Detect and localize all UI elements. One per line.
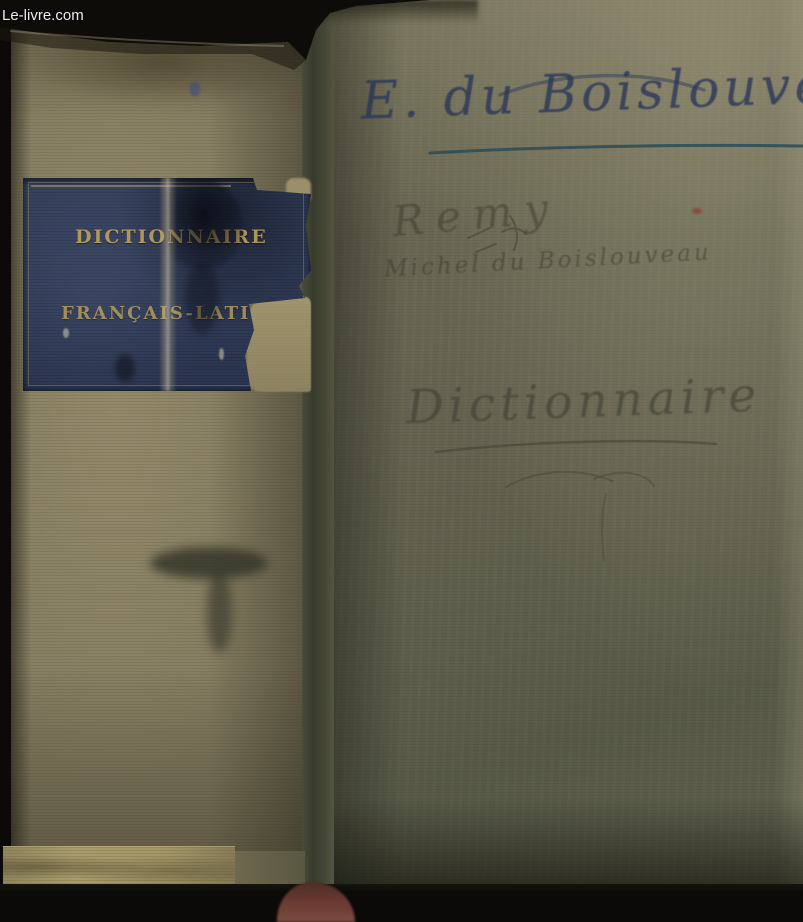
book-spine bbox=[11, 0, 302, 852]
site-watermark: Le-livre.com bbox=[2, 7, 84, 24]
label-crack bbox=[159, 178, 177, 391]
label-scuff bbox=[63, 328, 69, 338]
spine-stain-bar bbox=[150, 547, 268, 579]
label-dark-spot bbox=[115, 354, 135, 382]
red-mark bbox=[692, 208, 702, 214]
owner-signature: E. du Boislouveau bbox=[360, 40, 803, 160]
spine-blue-mark bbox=[190, 82, 200, 96]
spine-stain-stem bbox=[207, 572, 232, 652]
label-scuff bbox=[219, 348, 224, 360]
label-dark-drip bbox=[185, 262, 219, 334]
spine-bottom-wrap bbox=[235, 851, 305, 887]
label-tear-undercloth bbox=[247, 297, 311, 392]
cover-top-shadow bbox=[302, 0, 478, 24]
spine-top-stain bbox=[26, 34, 298, 106]
spine-hinge-groove bbox=[302, 0, 334, 886]
owner-signature-text: E. du Boislouveau bbox=[360, 40, 803, 132]
book-photo: DICTIONNAIRE FRANÇAIS-LATIN E. du Boislo… bbox=[0, 0, 803, 922]
page-edges bbox=[3, 846, 235, 887]
bottom-shadow bbox=[0, 884, 803, 922]
